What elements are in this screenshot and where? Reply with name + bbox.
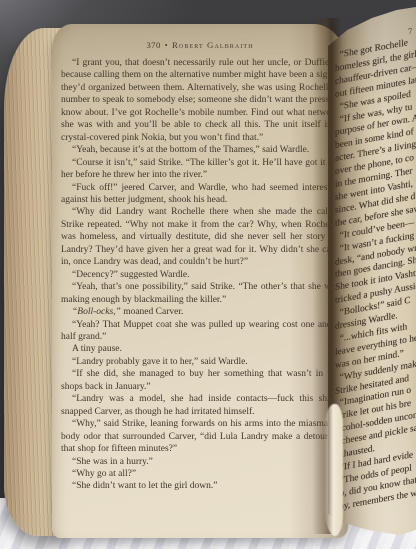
- paragraph: “Yeah? That Muppet coat she was pulled u…: [61, 319, 339, 344]
- right-page-text: “She got Rochellehomeless girl, the girl…: [335, 8, 416, 515]
- page-number: 370: [146, 40, 160, 50]
- page-header: 370•Robert Galbraith: [62, 40, 338, 50]
- paragraph: “Yeah, that’s one possibility,” said Str…: [61, 281, 339, 306]
- paragraph: “Landry probably gave it to her,” said W…: [61, 356, 339, 368]
- paragraph: “Why,” said Strike, leaning forwards on …: [61, 418, 339, 455]
- left-page: 370•Robert Galbraith “I grant you, that …: [52, 24, 348, 538]
- left-page-text: “I grant you, that doesn’t necessarily r…: [61, 57, 339, 493]
- right-page: “She got Rochellehomeless girl, the girl…: [328, 0, 416, 549]
- paragraph: “Boll-ocks,” moaned Carver.: [61, 306, 339, 318]
- book-photo: 370•Robert Galbraith “I grant you, that …: [0, 0, 416, 549]
- paragraph: “Yeah, because it’s at the bottom of the…: [61, 144, 339, 156]
- paragraph: “Fuck off!” jeered Carver, and Wardle, w…: [61, 182, 339, 207]
- paragraph: “Course it isn’t,” said Strike. “The kil…: [61, 157, 339, 182]
- paragraph: “Decency?” suggested Wardle.: [61, 269, 339, 281]
- right-page-header-fragment: 7: [407, 26, 412, 36]
- paragraph: “She didn’t want to let the girl down.”: [61, 480, 339, 492]
- paragraph: “She was in a hurry.”: [61, 456, 339, 468]
- paragraph: “Why go at all?”: [61, 468, 339, 480]
- paragraph: “Why did Landry want Rochelle there when…: [61, 206, 339, 268]
- running-title: Robert Galbraith: [172, 40, 254, 50]
- paragraph: “Landry was a model, she had inside cont…: [61, 393, 339, 418]
- paragraph: “If she did, she managed to buy her some…: [61, 368, 339, 393]
- header-separator: •: [165, 41, 168, 50]
- paragraph: “I grant you, that doesn’t necessarily r…: [61, 57, 339, 144]
- paragraph: A tiny pause.: [61, 343, 339, 355]
